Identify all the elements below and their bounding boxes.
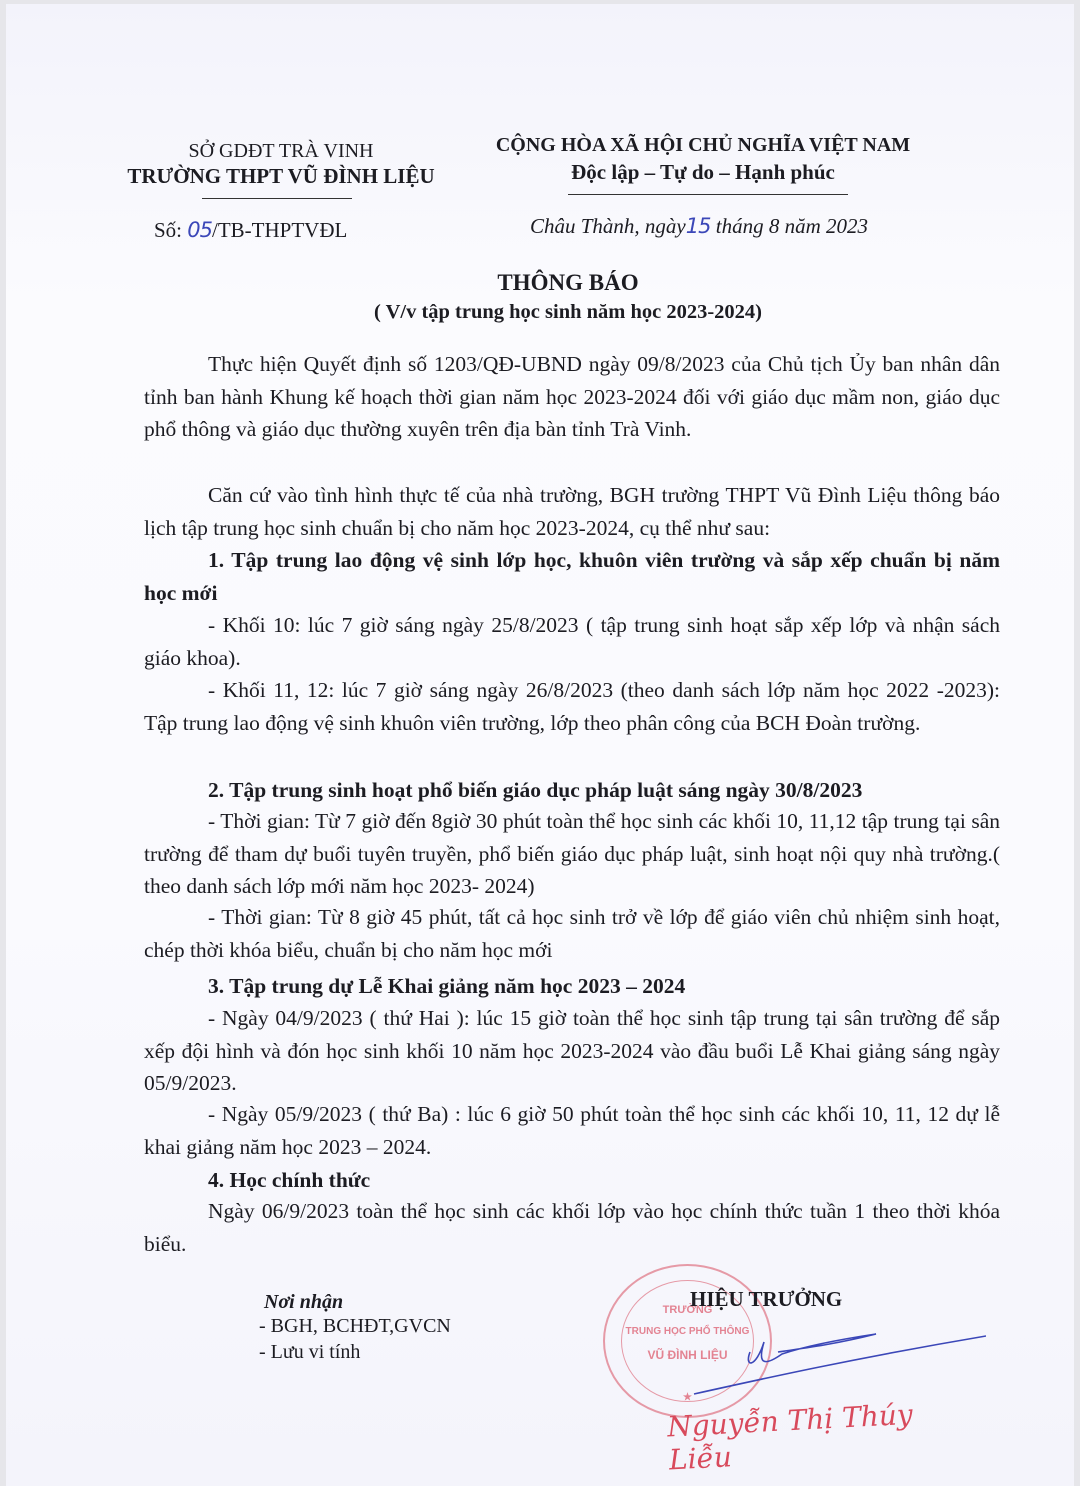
signer-title: HIỆU TRƯỞNG: [690, 1287, 842, 1312]
recipient-item: - Lưu vi tính: [259, 1341, 360, 1364]
national-motto: Độc lập – Tự do – Hạnh phúc: [468, 160, 938, 185]
section-4-heading: 4. Học chính thức: [144, 1164, 1000, 1197]
recipient-item: - BGH, BCHĐT,GVCN: [259, 1315, 451, 1338]
section-3-item-2: - Ngày 05/9/2023 ( thứ Ba) : lúc 6 giờ 5…: [144, 1098, 1000, 1163]
section-3-item-1: - Ngày 04/9/2023 ( thứ Hai ): lúc 15 giờ…: [144, 1002, 1000, 1100]
right-header-rule: [568, 194, 848, 195]
section-1-item-1: - Khối 10: lúc 7 giờ sáng ngày 25/8/2023…: [144, 609, 1000, 674]
place-date: Châu Thành, ngày15 tháng 8 năm 2023: [530, 214, 868, 239]
department-name: SỞ GDĐT TRÀ VINH: [101, 140, 461, 163]
section-2-item-2: - Thời gian: Từ 8 giờ 45 phút, tất cả họ…: [144, 901, 1000, 966]
nation-name: CỘNG HÒA XÃ HỘI CHỦ NGHĨA VIỆT NAM: [468, 134, 938, 157]
date-suffix: tháng 8 năm 2023: [711, 214, 869, 238]
school-name: TRƯỜNG THPT VŨ ĐÌNH LIỆU: [101, 164, 461, 189]
handwritten-signature: [686, 1322, 986, 1402]
date-day-handwritten: 15: [686, 214, 711, 238]
intro-paragraph-1: Thực hiện Quyết định số 1203/QĐ-UBND ngà…: [144, 348, 1000, 446]
number-suffix: /TB-THPTVĐL: [212, 218, 347, 242]
number-handwritten: 05: [187, 218, 212, 242]
document-page: SỞ GDĐT TRÀ VINH TRƯỜNG THPT VŨ ĐÌNH LIỆ…: [6, 4, 1074, 1486]
recipients-label: Nơi nhận: [264, 1291, 343, 1314]
left-header-rule: [202, 198, 352, 199]
date-prefix: Châu Thành, ngày: [530, 214, 686, 238]
signer-name: Nguyễn Thị Thúy Liễu: [666, 1398, 919, 1477]
document-subtitle: ( V/v tập trung học sinh năm học 2023-20…: [6, 301, 1080, 324]
section-4-item-1: Ngày 06/9/2023 toàn thể học sinh các khố…: [144, 1195, 1000, 1260]
section-2-item-1: - Thời gian: Từ 7 giờ đến 8giờ 30 phút t…: [144, 805, 1000, 903]
section-1-heading: 1. Tập trung lao động vệ sinh lớp học, k…: [144, 544, 1000, 609]
document-title: THÔNG BÁO: [6, 270, 1080, 296]
number-prefix: Số:: [154, 218, 187, 242]
section-1-item-2: - Khối 11, 12: lúc 7 giờ sáng ngày 26/8/…: [144, 674, 1000, 739]
section-2-heading: 2. Tập trung sinh hoạt phổ biến giáo dục…: [144, 774, 1000, 807]
document-number: Số: 05/TB-THPTVĐL: [154, 218, 347, 243]
intro-paragraph-2: Căn cứ vào tình hình thực tế của nhà trư…: [144, 479, 1000, 544]
section-3-heading: 3. Tập trung dự Lễ Khai giảng năm học 20…: [144, 970, 1000, 1003]
